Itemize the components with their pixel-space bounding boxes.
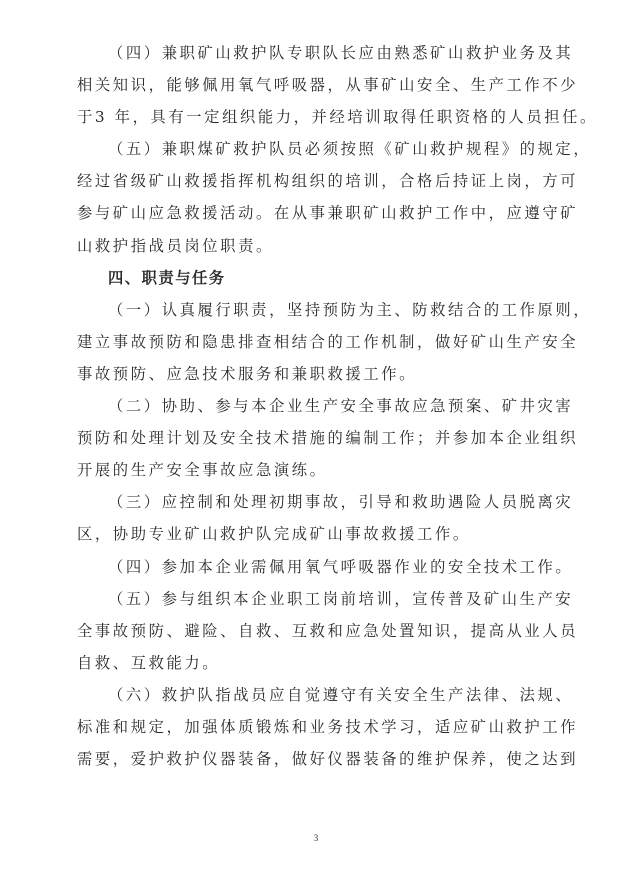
paragraph-member-training: （五）兼职煤矿救护队员必须按照《矿山救护规程》的规定， 经过省级矿山救援指挥机构… xyxy=(77,133,567,261)
text-line: 标准和规定，加强体质锻炼和业务技术学习，适应矿山救护工作 xyxy=(77,711,567,743)
paragraph-duty-1: （一）认真履行职责，坚持预防为主、防救结合的工作原则， 建立事故预防和隐患排查相… xyxy=(77,294,567,390)
text-line: 区，协助专业矿山救护队完成矿山事故救援工作。 xyxy=(77,518,567,550)
text-line: 相关知识，能够佩用氧气呼吸器，从事矿山安全、生产工作不少 xyxy=(77,69,567,101)
text-line: 需要，爱护救护仪器装备，做好仪器装备的维护保养，使之达到 xyxy=(77,743,567,775)
paragraph-duty-6: （六）救护队指战员应自觉遵守有关安全生产法律、法规、 标准和规定，加强体质锻炼和… xyxy=(77,679,567,775)
page-number: 3 xyxy=(0,833,632,843)
text-line: 自救、互救能力。 xyxy=(77,647,567,679)
text-line: （五）参与组织本企业职工岗前培训，宣传普及矿山生产安 xyxy=(77,583,567,615)
text-line: （三）应控制和处理初期事故，引导和救助遇险人员脱离灾 xyxy=(77,486,567,518)
text-line: （四）参加本企业需佩用氧气呼吸器作业的安全技术工作。 xyxy=(77,551,567,583)
document-body: （四）兼职矿山救护队专职队长应由熟悉矿山救护业务及其 相关知识，能够佩用氧气呼吸… xyxy=(77,37,567,775)
section-heading: 四、职责与任务 xyxy=(77,262,567,294)
text-line: 预防和处理计划及安全技术措施的编制工作；并参加本企业组织 xyxy=(77,422,567,454)
text-line: 参与矿山应急救援活动。在从事兼职矿山救护工作中，应遵守矿 xyxy=(77,197,567,229)
paragraph-duty-3: （三）应控制和处理初期事故，引导和救助遇险人员脱离灾 区，协助专业矿山救护队完成… xyxy=(77,486,567,550)
text-line: 开展的生产安全事故应急演练。 xyxy=(77,454,567,486)
text-line: （四）兼职矿山救护队专职队长应由熟悉矿山救护业务及其 xyxy=(77,37,567,69)
text-line: （六）救护队指战员应自觉遵守有关安全生产法律、法规、 xyxy=(77,679,567,711)
paragraph-team-leader-qualification: （四）兼职矿山救护队专职队长应由熟悉矿山救护业务及其 相关知识，能够佩用氧气呼吸… xyxy=(77,37,567,133)
paragraph-duty-5: （五）参与组织本企业职工岗前培训，宣传普及矿山生产安 全事故预防、避险、自救、互… xyxy=(77,583,567,679)
text-line: 山救护指战员岗位职责。 xyxy=(77,230,567,262)
text-line: 建立事故预防和隐患排查相结合的工作机制，做好矿山生产安全 xyxy=(77,326,567,358)
text-line: （一）认真履行职责，坚持预防为主、防救结合的工作原则， xyxy=(77,294,567,326)
text-line: 事故预防、应急技术服务和兼职救援工作。 xyxy=(77,358,567,390)
text-line: （二）协助、参与本企业生产安全事故应急预案、矿井灾害 xyxy=(77,390,567,422)
document-page: （四）兼职矿山救护队专职队长应由熟悉矿山救护业务及其 相关知识，能够佩用氧气呼吸… xyxy=(0,0,632,893)
text-line: 于3 年，具有一定组织能力，并经培训取得任职资格的人员担任。 xyxy=(77,101,567,133)
text-line: 全事故预防、避险、自救、互救和应急处置知识，提高从业人员 xyxy=(77,615,567,647)
paragraph-duty-4: （四）参加本企业需佩用氧气呼吸器作业的安全技术工作。 xyxy=(77,551,567,583)
text-line: （五）兼职煤矿救护队员必须按照《矿山救护规程》的规定， xyxy=(77,133,567,165)
text-line: 经过省级矿山救援指挥机构组织的培训，合格后持证上岗，方可 xyxy=(77,165,567,197)
paragraph-duty-2: （二）协助、参与本企业生产安全事故应急预案、矿井灾害 预防和处理计划及安全技术措… xyxy=(77,390,567,486)
